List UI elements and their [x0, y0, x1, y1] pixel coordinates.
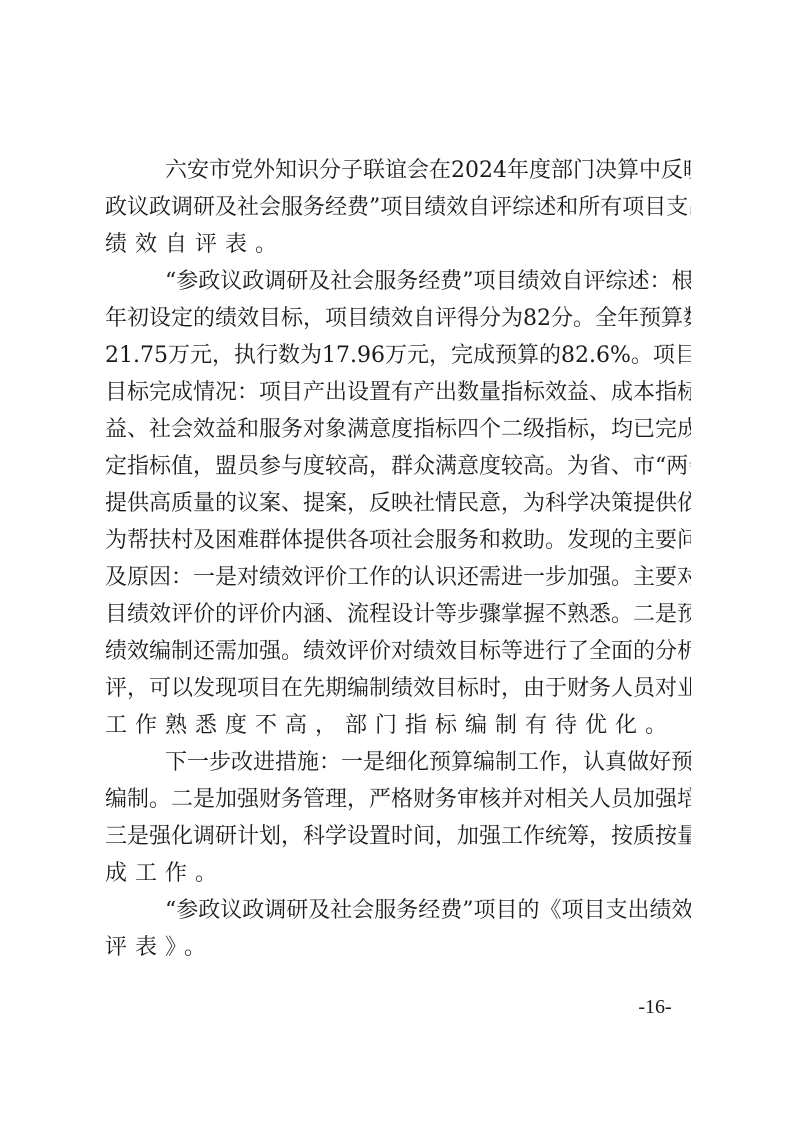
text-line: 三是强化调研计划，科学设置时间，加强工作统筹，按质按量完	[105, 818, 691, 855]
text-line: 工作熟悉度不高，部门指标编制有待优化。	[105, 707, 691, 744]
text-line: 绩效自评表。	[105, 226, 691, 263]
text-line: 21.75万元，执行数为17.96万元，完成预算的82.6%。项目绩效	[105, 337, 691, 374]
text-line: “参政议政调研及社会服务经费”项目绩效自评综述：根据	[105, 263, 691, 300]
text-line: 年初设定的绩效目标，项目绩效自评得分为82分。全年预算数为	[105, 300, 691, 337]
text-line: 政议政调研及社会服务经费”项目绩效自评综述和所有项目支出	[105, 189, 691, 226]
text-line: 定指标值，盟员参与度较高，群众满意度较高。为省、市“两会”	[105, 448, 691, 485]
text-line: “参政议政调研及社会服务经费”项目的《项目支出绩效自	[105, 892, 691, 929]
text-line: 评表》。	[105, 929, 691, 966]
paragraph-improvement-measures: 下一步改进措施：一是细化预算编制工作，认真做好预算的 编制。二是加强财务管理，严…	[105, 744, 691, 892]
page-number: -16-	[625, 996, 685, 1019]
text-line: 下一步改进措施：一是细化预算编制工作，认真做好预算的	[105, 744, 691, 781]
paragraph-intro: 六安市党外知识分子联谊会在2024年度部门决算中反映“参 政议政调研及社会服务经…	[105, 152, 691, 263]
text-line: 成工作。	[105, 855, 691, 892]
text-line: 提供高质量的议案、提案，反映社情民意，为科学决策提供依据；	[105, 485, 691, 522]
text-line: 目标完成情况：项目产出设置有产出数量指标效益、成本指标效	[105, 374, 691, 411]
text-line: 目绩效评价的评价内涵、流程设计等步骤掌握不熟悉。二是预算	[105, 596, 691, 633]
paragraph-evaluation-form-reference: “参政议政调研及社会服务经费”项目的《项目支出绩效自 评表》。	[105, 892, 691, 966]
text-line: 益、社会效益和服务对象满意度指标四个二级指标，均已完成设	[105, 411, 691, 448]
text-line: 为帮扶村及困难群体提供各项社会服务和救助。发现的主要问题	[105, 522, 691, 559]
text-line: 编制。二是加强财务管理，严格财务审核并对相关人员加强培训。	[105, 781, 691, 818]
text-line: 六安市党外知识分子联谊会在2024年度部门决算中反映“参	[105, 152, 691, 189]
document-body: 六安市党外知识分子联谊会在2024年度部门决算中反映“参 政议政调研及社会服务经…	[105, 152, 691, 966]
text-line: 绩效编制还需加强。绩效评价对绩效目标等进行了全面的分析测	[105, 633, 691, 670]
paragraph-self-evaluation-summary: “参政议政调研及社会服务经费”项目绩效自评综述：根据 年初设定的绩效目标，项目绩…	[105, 263, 691, 744]
document-page: 六安市党外知识分子联谊会在2024年度部门决算中反映“参 政议政调研及社会服务经…	[0, 0, 793, 1122]
text-line: 评，可以发现项目在先期编制绩效目标时，由于财务人员对业务	[105, 670, 691, 707]
text-line: 及原因：一是对绩效评价工作的认识还需进一步加强。主要对项	[105, 559, 691, 596]
